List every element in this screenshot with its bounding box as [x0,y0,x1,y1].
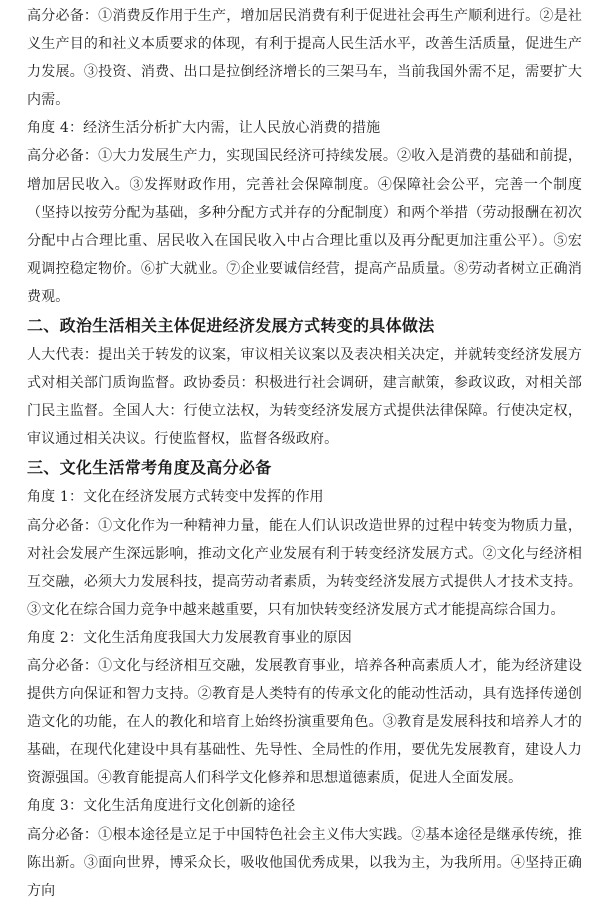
paragraph-culture-role: 高分必备：①文化作为一种精神力量，能在人们认识改造世界的过程中转变为物质力量，对… [27,512,582,624]
paragraph-cultural-innovation: 高分必备：①根本途径是立足于中国特色社会主义伟大实践。②基本途径是继承传统，推陈… [27,821,582,904]
section-2-heading: 二、政治生活相关主体促进经济发展方式转变的具体做法 [27,311,582,341]
angle-1-title: 角度 1：文化在经济发展方式转变中发挥的作用 [27,483,582,511]
angle-2-title: 角度 2：文化生活角度我国大力发展教育事业的原因 [27,624,582,652]
angle-4-title: 角度 4：经济生活分析扩大内需，让人民放心消费的措施 [27,114,582,142]
paragraph-political-actors: 人大代表：提出关于转发的议案，审议相关议案以及表决相关决定，并就转变经济发展方式… [27,341,582,453]
paragraph-consumption-role: 高分必备：①消费反作用于生产，增加居民消费有利于促进社会再生产顺利进行。②是社义… [27,2,582,114]
document-page: 高分必备：①消费反作用于生产，增加居民消费有利于促进社会再生产顺利进行。②是社义… [27,2,582,904]
angle-3-title: 角度 3：文化生活角度进行文化创新的途径 [27,792,582,820]
paragraph-education-reasons: 高分必备：①文化与经济相互交融，发展教育事业，培养各种高素质人才，能为经济建设提… [27,652,582,792]
paragraph-expand-domestic-demand-measures: 高分必备：①大力发展生产力，实现国民经济可持续发展。②收入是消费的基础和前提，增… [27,142,582,311]
section-3-heading: 三、文化生活常考角度及高分必备 [27,453,582,483]
